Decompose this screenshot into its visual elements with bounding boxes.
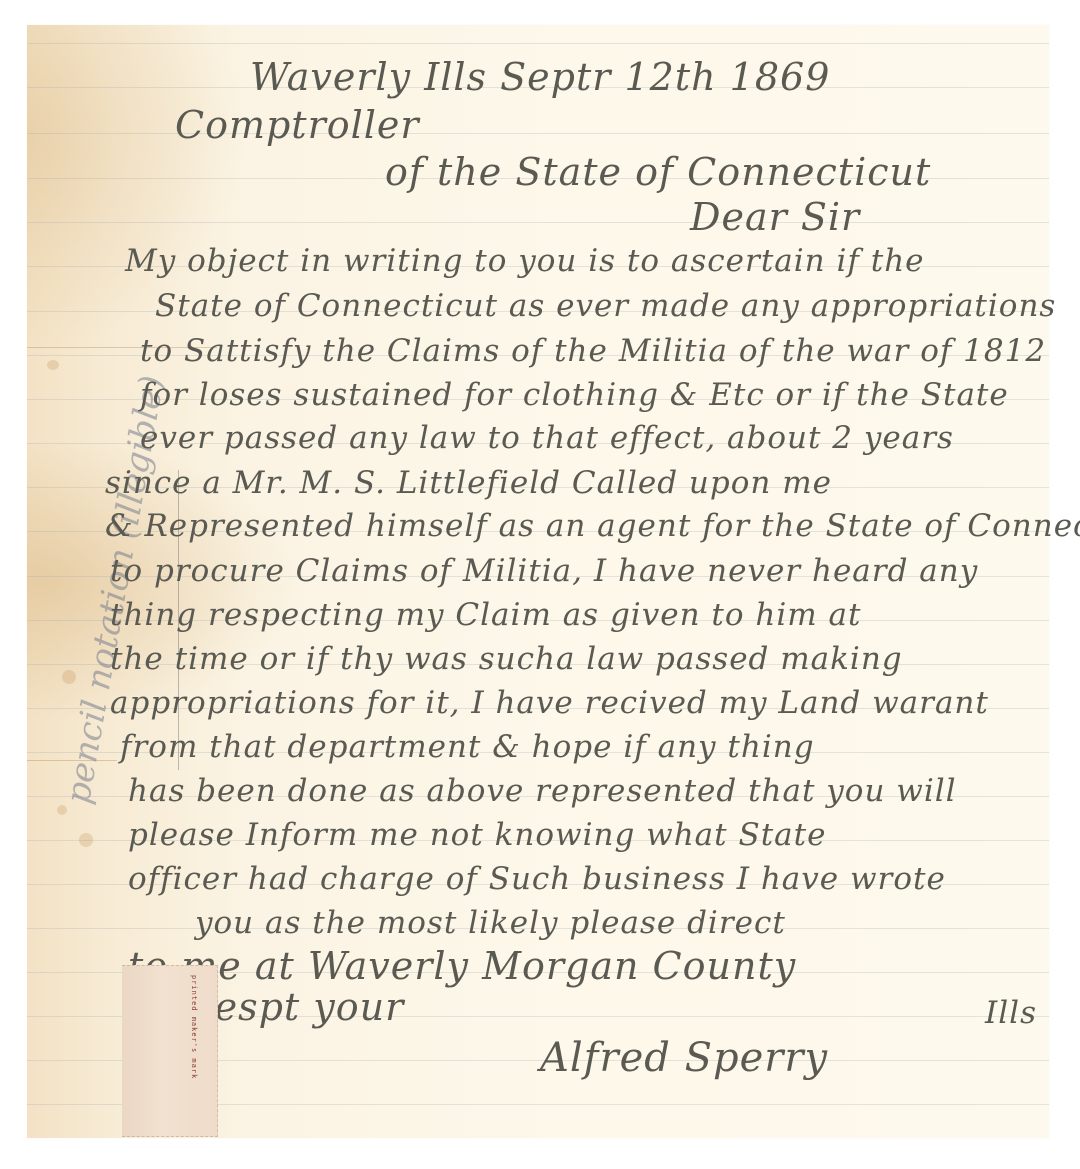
body-line: My object in writing to you is to ascert… xyxy=(125,243,925,279)
body-line: the time or if thy was sucha law passed … xyxy=(110,641,903,677)
body-line: officer had charge of Such business I ha… xyxy=(128,861,946,897)
body-line: since a Mr. M. S. Littlefield Called upo… xyxy=(105,465,832,501)
body-line: appropriations for it, I have recived my… xyxy=(110,685,989,721)
body-line: thing respecting my Claim as given to hi… xyxy=(110,597,861,633)
ruled-line xyxy=(27,222,1049,223)
body-line: to Sattisfy the Claims of the Militia of… xyxy=(140,333,1046,369)
foxing-stain xyxy=(47,360,59,370)
body-line: to me at Waverly Morgan County xyxy=(128,944,796,988)
body-line: State of Connecticut as ever made any ap… xyxy=(155,288,1056,324)
body-line: please Inform me not knowing what State xyxy=(128,817,826,853)
foxing-stain xyxy=(62,670,76,684)
body-line: from that department & hope if any thing xyxy=(120,729,815,765)
county-suffix: Ills xyxy=(985,995,1037,1031)
place-date-line: Waverly Ills Septr 12th 1869 xyxy=(250,55,830,99)
addressee-title: Comptroller xyxy=(175,103,420,147)
body-line: to procure Claims of Militia, I have nev… xyxy=(110,553,978,589)
ruled-line xyxy=(27,43,1049,44)
body-line: & Represented himself as an agent for th… xyxy=(105,508,1080,544)
addressee-state: of the State of Connecticut xyxy=(385,150,931,194)
stub-printed-mark: printed maker's mark xyxy=(190,975,198,1079)
body-line: has been done as above represented that … xyxy=(128,773,957,809)
body-line: ever passed any law to that effect, abou… xyxy=(140,420,954,456)
paper-stub xyxy=(122,965,218,1137)
foxing-stain xyxy=(57,805,67,815)
foxing-stain xyxy=(79,833,93,847)
salutation: Dear Sir xyxy=(690,195,860,239)
signature: Alfred Sperry xyxy=(540,1035,828,1081)
body-line: you as the most likely please direct xyxy=(195,905,786,941)
body-line: for loses sustained for clothing & Etc o… xyxy=(140,377,1009,413)
